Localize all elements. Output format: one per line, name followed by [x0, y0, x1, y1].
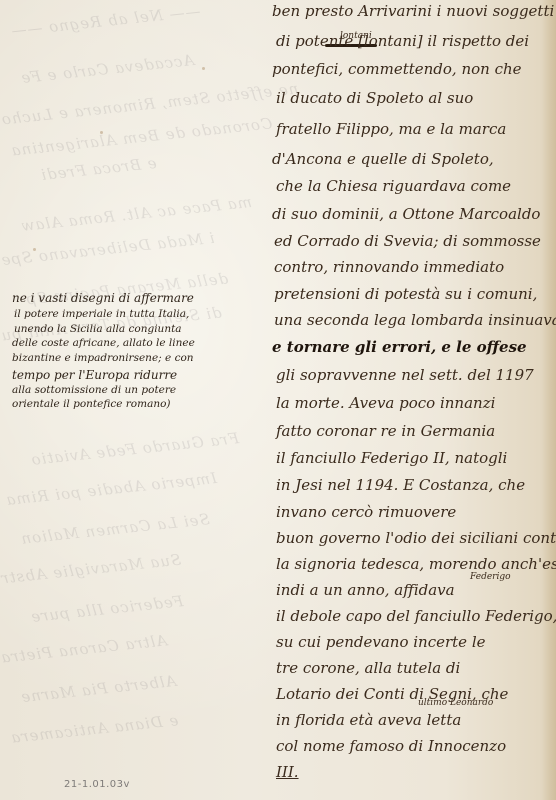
- manuscript-page: —— Nel ab Regno —— Accadeva Carlo e Fe n…: [0, 0, 556, 800]
- margin-line: bizantine e impadronirsene; e con: [12, 352, 194, 364]
- margin-line: tempo per l'Europa ridurre: [12, 368, 177, 382]
- margin-line: delle coste africane, allato le linee: [12, 337, 195, 349]
- margin-line: il potere imperiale in tutta Italia,: [14, 308, 189, 320]
- margin-line: alla sottomissione di un potere: [12, 384, 176, 396]
- margin-line: ne i vasti disegni di affermare: [12, 291, 194, 305]
- margin-line: orientale il pontefice romano): [12, 398, 171, 410]
- shelfmark-label: 21-1.01.03v: [64, 779, 130, 790]
- margin-line: unendo la Sicilia alla congiunta: [14, 323, 182, 335]
